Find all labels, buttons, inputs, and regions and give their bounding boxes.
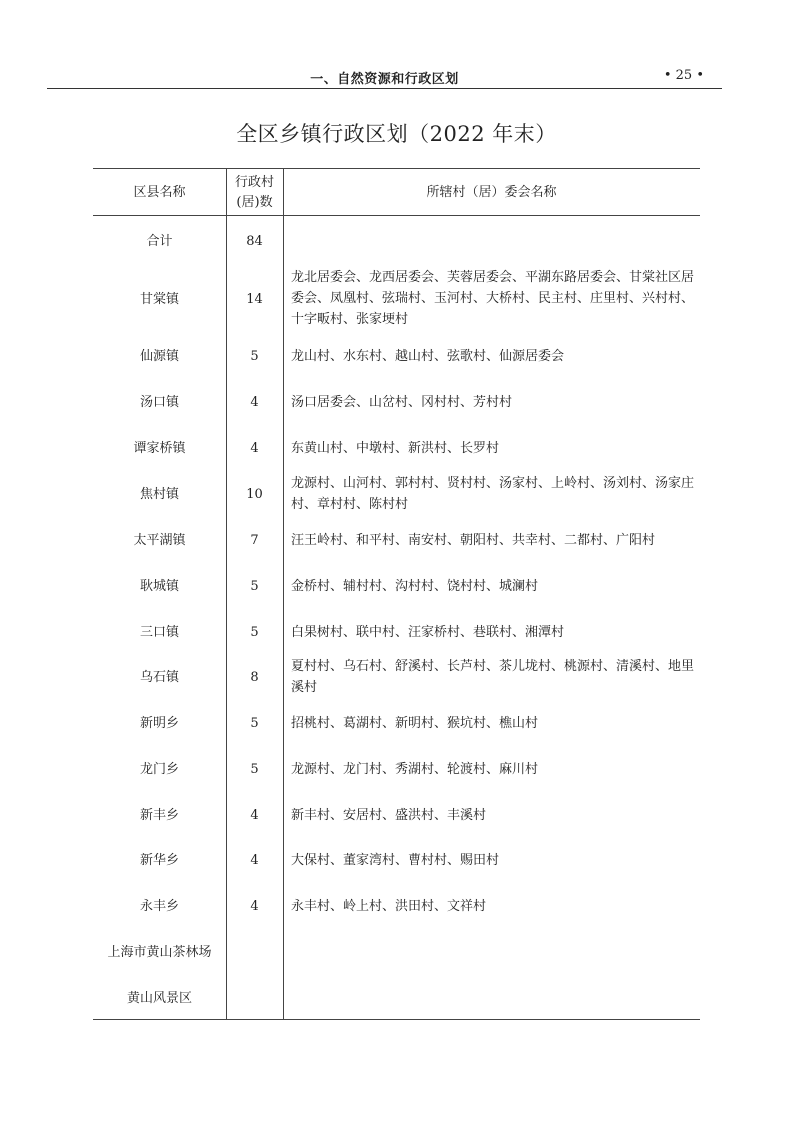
row-count: 8: [226, 667, 283, 688]
row-members: 夏村村、乌石村、舒溪村、长芦村、茶儿垅村、桃源村、清溪村、地里溪村: [291, 656, 696, 698]
page-number: • 25 •: [664, 68, 704, 83]
row-members: 新丰村、安居村、盛洪村、丰溪村: [291, 805, 696, 826]
column-divider: [283, 169, 284, 1019]
row-members: 永丰村、岭上村、洪田村、文祥村: [291, 896, 696, 917]
row-count: 5: [226, 346, 283, 367]
row-count: 4: [226, 392, 283, 413]
row-name: 新丰乡: [93, 805, 226, 826]
row-name: 乌石镇: [93, 667, 226, 688]
row-name: 新明乡: [93, 713, 226, 734]
table-title: 全区乡镇行政区划（2022 年末）: [0, 118, 793, 148]
row-name: 上海市黄山茶林场: [93, 942, 226, 963]
header-name: 区县名称: [93, 183, 226, 202]
row-name: 龙门乡: [93, 759, 226, 780]
row-name: 焦村镇: [93, 484, 226, 505]
row-name: 合计: [93, 231, 226, 252]
row-members: 金桥村、辅村村、沟村村、饶村村、城澜村: [291, 576, 696, 597]
row-members: 招桃村、葛湖村、新明村、猴坑村、樵山村: [291, 713, 696, 734]
row-members: 汪王岭村、和平村、南安村、朝阳村、共幸村、二都村、广阳村: [291, 530, 696, 551]
row-members: 东黄山村、中墩村、新洪村、长罗村: [291, 438, 696, 459]
row-name: 仙源镇: [93, 346, 226, 367]
header-divider: [93, 215, 700, 216]
row-members: 龙北居委会、龙西居委会、芙蓉居委会、平湖东路居委会、甘棠社区居委会、凤凰村、弦瑞…: [291, 267, 696, 330]
row-count: 5: [226, 576, 283, 597]
row-name: 永丰乡: [93, 896, 226, 917]
row-name: 耿城镇: [93, 576, 226, 597]
row-members: 龙源村、山河村、郭村村、贤村村、汤家村、上岭村、汤刘村、汤家庄村、章村村、陈村村: [291, 473, 696, 515]
row-count: 4: [226, 850, 283, 871]
row-members: 白果树村、联中村、汪家桥村、巷联村、湘潭村: [291, 622, 696, 643]
row-count: 5: [226, 713, 283, 734]
header-members: 所辖村（居）委会名称: [283, 183, 700, 202]
chapter-title: 一、自然资源和行政区划: [47, 68, 722, 87]
row-name: 汤口镇: [93, 392, 226, 413]
row-members: 汤口居委会、山岔村、冈村村、芳村村: [291, 392, 696, 413]
header-count-line1: 行政村: [226, 173, 283, 192]
row-name: 太平湖镇: [93, 530, 226, 551]
running-head: 一、自然资源和行政区划 • 25 •: [47, 66, 722, 89]
row-name: 甘棠镇: [93, 289, 226, 310]
row-count: 4: [226, 896, 283, 917]
row-count: 14: [226, 289, 283, 310]
division-table: 区县名称 行政村 (居)数 所辖村（居）委会名称 合计 84 甘棠镇 14 龙北…: [93, 168, 700, 1020]
row-members: 大保村、董家湾村、曹村村、赐田村: [291, 850, 696, 871]
row-name: 新华乡: [93, 850, 226, 871]
row-count: 4: [226, 805, 283, 826]
row-count: 5: [226, 622, 283, 643]
row-count: 84: [226, 231, 283, 252]
header-count-line2: (居)数: [226, 193, 283, 212]
row-name: 黄山风景区: [93, 988, 226, 1009]
row-name: 谭家桥镇: [93, 438, 226, 459]
row-name: 三口镇: [93, 622, 226, 643]
row-members: 龙源村、龙门村、秀湖村、轮渡村、麻川村: [291, 759, 696, 780]
row-members: 龙山村、水东村、越山村、弦歌村、仙源居委会: [291, 346, 696, 367]
row-count: 5: [226, 759, 283, 780]
row-count: 10: [226, 484, 283, 505]
row-count: 4: [226, 438, 283, 459]
row-count: 7: [226, 530, 283, 551]
